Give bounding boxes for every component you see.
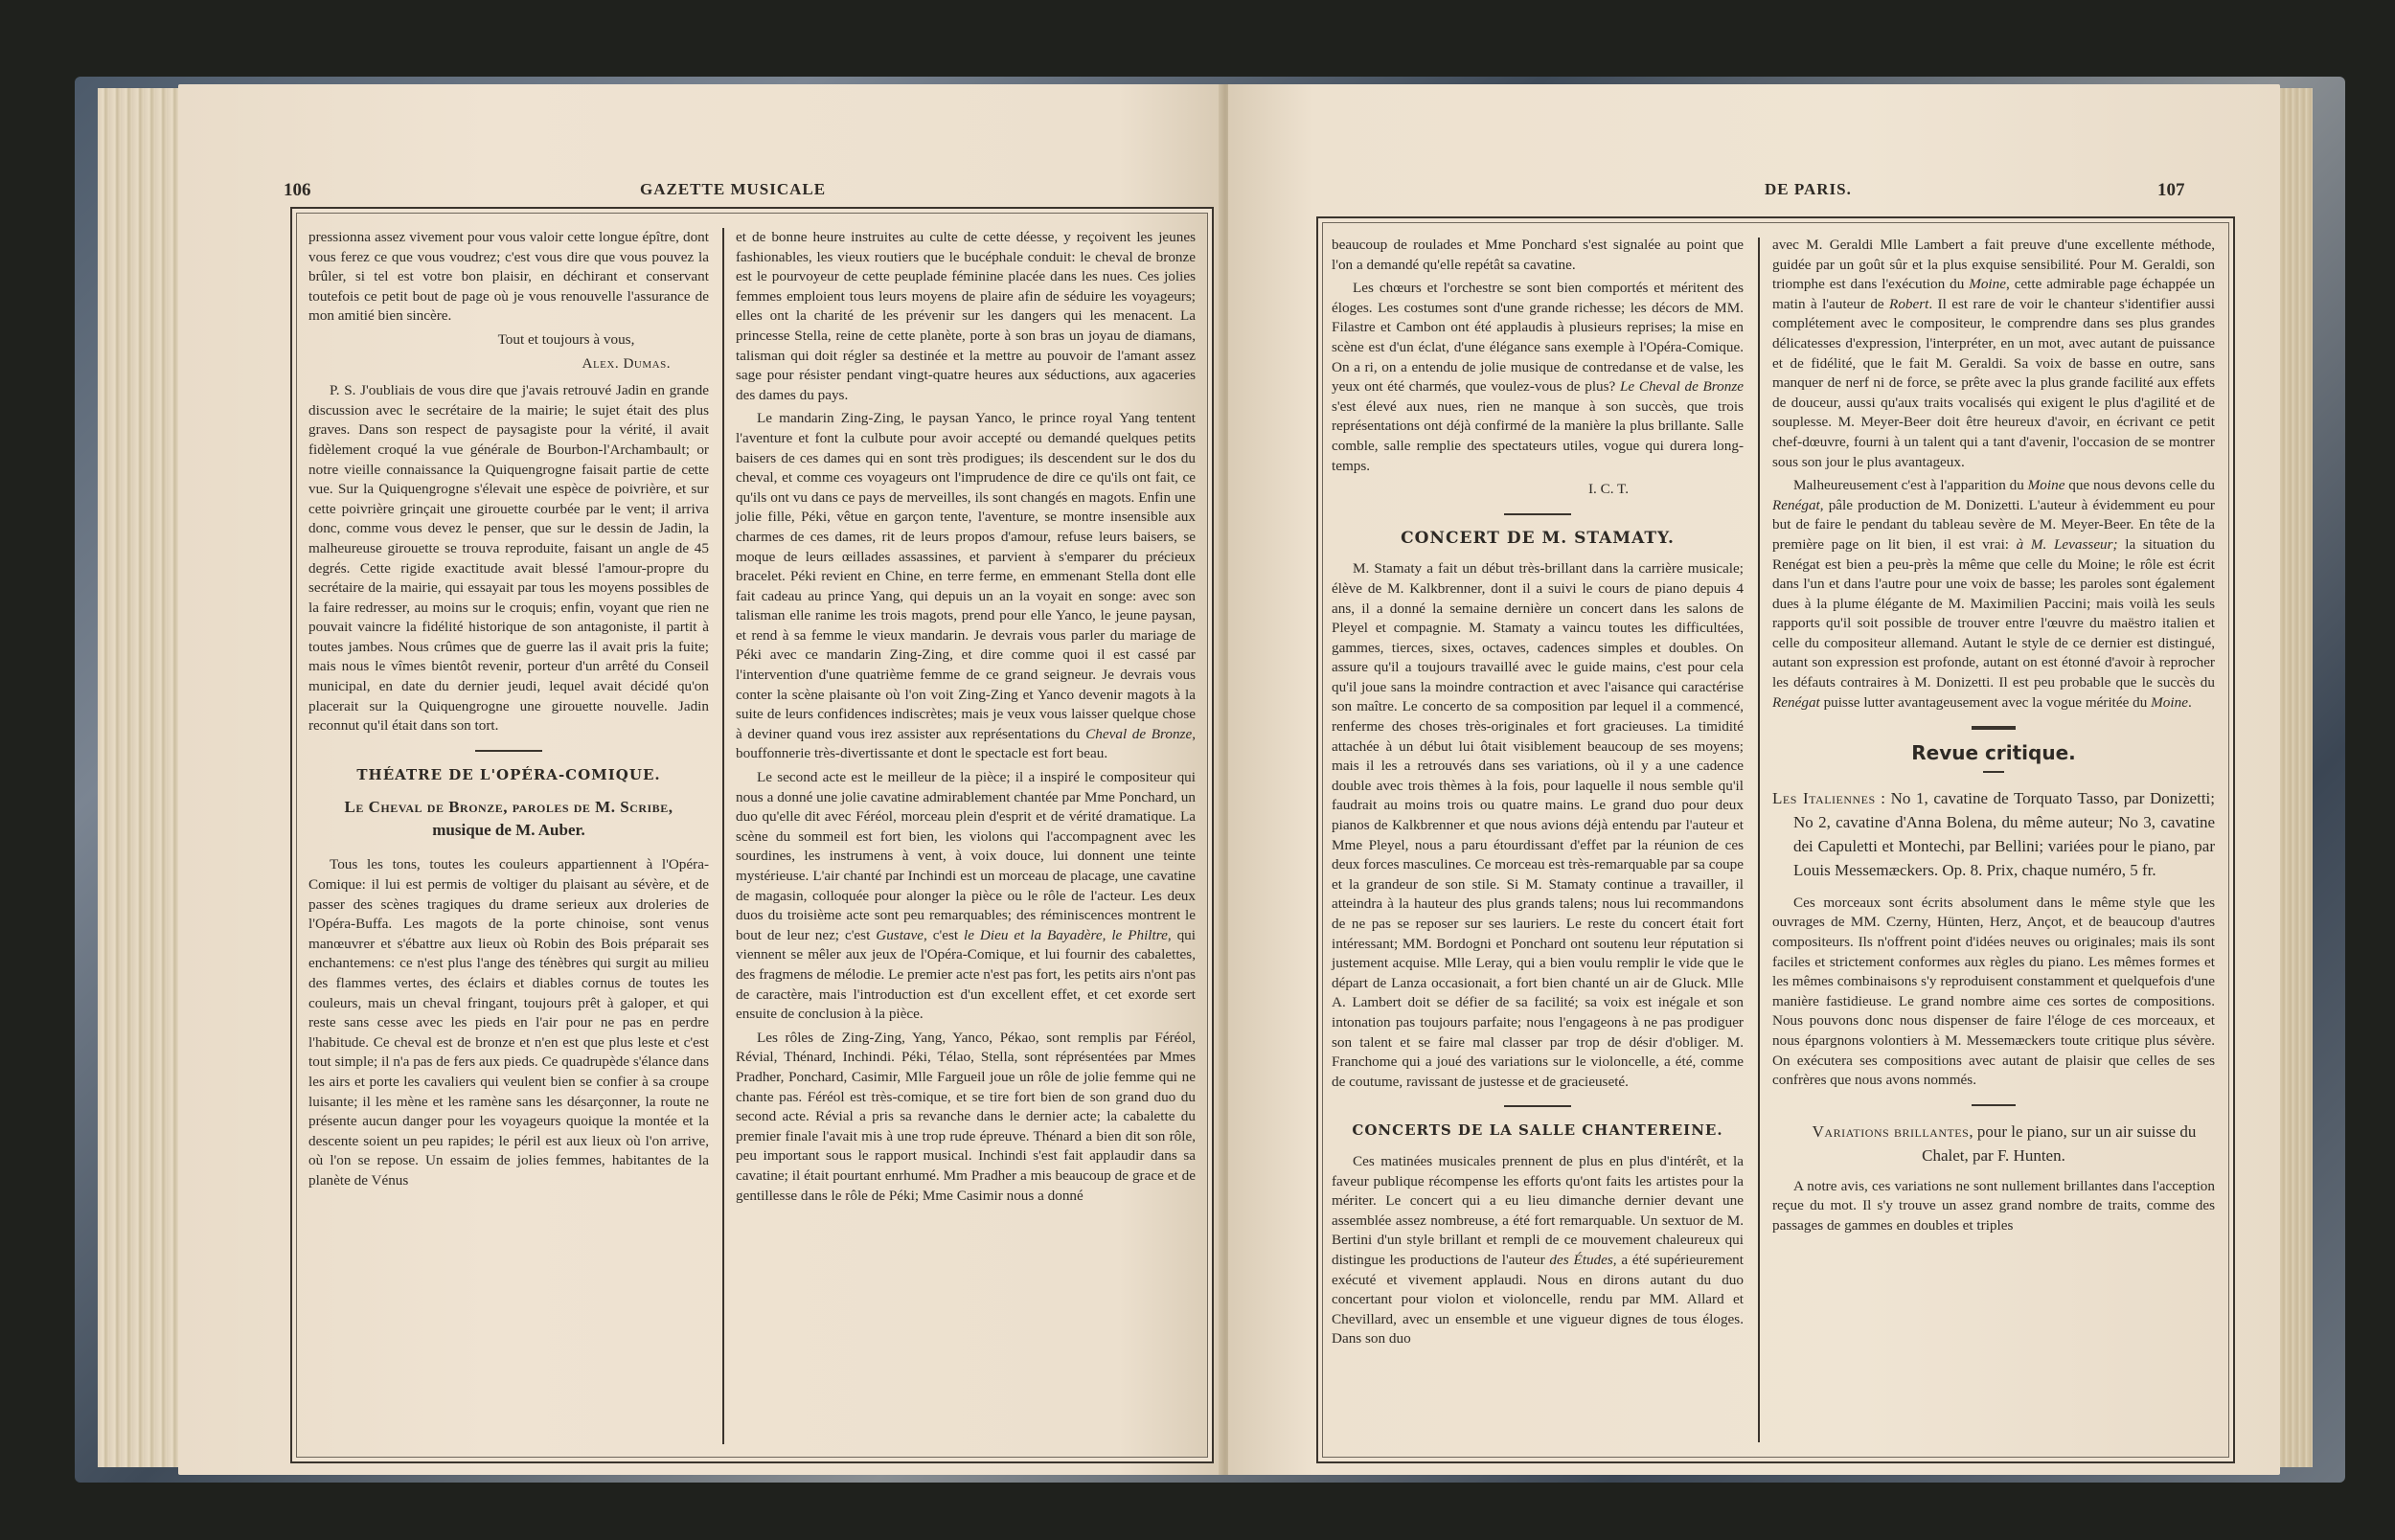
section-divider [1504,1105,1571,1107]
review-signature: I. C. T. [1332,480,1629,500]
running-head: GAZETTE MUSICALE [640,180,826,199]
right-page: DE PARIS. 107 beaucoup de roulades et Mm… [1228,84,2280,1475]
letter-signature: Alex. Dumas. [308,354,671,374]
paragraph: et de bonne heure instruites au culte de… [736,228,1196,405]
heading-revue-critique: Revue critique. [1772,743,2215,763]
section-divider [1504,513,1571,515]
letter-paragraph: pressionna assez vivement pour vous valo… [308,228,709,327]
paragraph: beaucoup de roulades et Mme Ponchard s'e… [1332,236,1744,275]
paragraph: Les chœurs et l'orchestre se sont bien c… [1332,279,1744,476]
page-edges-left [98,88,178,1467]
paragraph: Malheureusement c'est à l'apparition du … [1772,476,2215,713]
page-number: 107 [2157,180,2185,201]
work-title: Le Cheval de Bronze, paroles de M. Scrib… [308,796,709,842]
listing-italiennes: Les Italiennes : No 1, cavatine de Torqu… [1772,786,2215,882]
letter-closing: Tout et toujours à vous, [308,330,709,351]
page-number: 106 [284,180,311,201]
paragraph: A notre avis, ces variations ne sont nul… [1772,1177,2215,1236]
review-paragraph: Tous les tons, toutes les couleurs appar… [308,855,709,1190]
column-2: avec M. Geraldi Mlle Lambert a fait preu… [1772,236,2215,1240]
paragraph: Ces matinées musicales prennent de plus … [1332,1152,1744,1349]
column-1: beaucoup de roulades et Mme Ponchard s'e… [1332,236,1744,1353]
paragraph: Le second acte est le meilleur de la piè… [736,768,1196,1025]
paragraph: avec M. Geraldi Mlle Lambert a fait preu… [1772,236,2215,472]
paragraph: Ces morceaux sont écrits absolument dans… [1772,894,2215,1091]
listing-variations: Variations brillantes, pour le piano, su… [1772,1120,2215,1167]
postscript-paragraph: P. S. J'oubliais de vous dire que j'avai… [308,381,709,736]
column-divider [1758,238,1760,1442]
section-heading-opera-comique: THÉATRE DE L'OPÉRA-COMIQUE. [308,765,709,785]
running-head: DE PARIS. [1765,180,1852,199]
page-edges-right [2280,88,2313,1467]
paragraph: Le mandarin Zing-Zing, le paysan Yanco, … [736,409,1196,764]
left-page: 106 GAZETTE MUSICALE pressionna assez vi… [178,84,1222,1475]
section-divider [475,750,542,752]
paragraph: M. Stamaty a fait un début très-brillant… [1332,559,1744,1092]
column-divider [722,228,724,1444]
paragraph: Les rôles de Zing-Zing, Yang, Yanco, Pék… [736,1029,1196,1206]
heading-salle-chantereine: CONCERTS DE LA SALLE CHANTEREINE. [1332,1121,1744,1141]
column-2: et de bonne heure instruites au culte de… [736,228,1196,1210]
section-divider [1972,726,2016,730]
section-divider [1972,1104,2016,1106]
heading-concert-stamaty: CONCERT DE M. STAMATY. [1332,529,1744,549]
column-1: pressionna assez vivement pour vous valo… [308,228,709,1195]
section-divider [1983,771,2004,773]
